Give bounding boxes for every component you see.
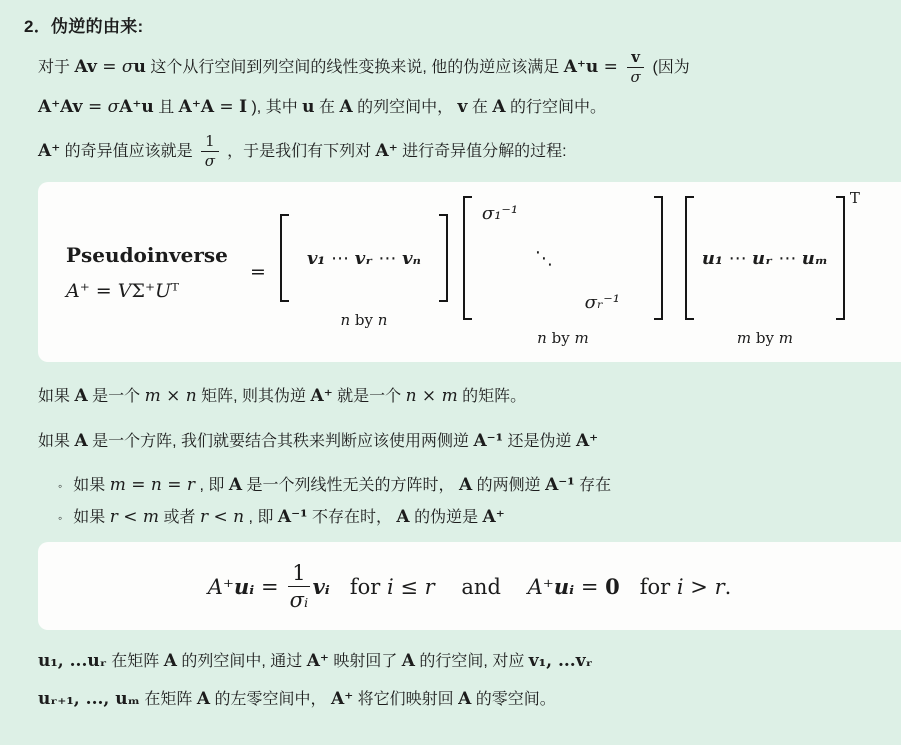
figure-formula: A⁺uᵢ = 1σᵢvᵢ for i ≤ r and A⁺uᵢ = 0 for … [208, 561, 732, 612]
text-segment: 如果 [38, 433, 74, 450]
text-segment: n [378, 311, 388, 329]
text-segment: A [229, 475, 242, 495]
text-segment: A⁺Av [38, 97, 83, 117]
text-segment: u [134, 57, 146, 77]
right-bracket [439, 214, 448, 302]
figure-heading: Pseudoinverse [66, 243, 244, 267]
text-segment: A [208, 575, 223, 599]
text-segment: i [677, 575, 684, 599]
bullet-two-sided-inverse: ◦ 如果 m = n = r , 即 A 是一个列线性无关的方阵时， A 的两侧… [58, 472, 885, 495]
text-segment: = [126, 475, 151, 495]
text-segment: by [350, 311, 378, 329]
text-segment: 在 [467, 99, 492, 116]
text-segment: 且 [154, 99, 179, 116]
text-segment: < [118, 507, 143, 527]
text-segment: 存在 [575, 477, 611, 494]
text-segment: Σ [132, 280, 145, 302]
text-segment: A⁺ [331, 689, 353, 709]
text-segment: vₙ [402, 248, 421, 269]
text-segment: and [435, 575, 528, 599]
text-segment: 映射回了 [329, 653, 402, 670]
text-segment: uᵣ [752, 248, 773, 269]
matrix-u: u₁ ⋯ uᵣ ⋯ uₘ [685, 196, 845, 320]
text-segment: uₘ [802, 248, 828, 269]
text-segment: A⁺ [576, 431, 598, 451]
fraction-one-over-sigma-i: 1σᵢ [288, 561, 309, 612]
text-run: (因为 [648, 59, 690, 76]
footer-line-column-space: u₁, ...uᵣ 在矩阵 A 的列空间中, 通过 A⁺ 映射回了 A 的行空间… [38, 647, 885, 675]
text-segment: × [417, 386, 442, 406]
bullet-marker: ◦ [58, 511, 62, 525]
text-run: u₁, ...uᵣ 在矩阵 A 的列空间中, 通过 A⁺ 映射回了 A 的行空间… [38, 653, 593, 670]
text-run: ，于是我们有下列对 A⁺ 进行奇异值分解的过程: [223, 143, 567, 160]
text-segment: m [143, 507, 159, 527]
text-segment: 对于 [38, 59, 74, 76]
text-segment: A⁻¹ [545, 475, 575, 495]
text-segment: 的列空间中, 通过 [177, 653, 307, 670]
text-segment: uᵣ₊₁, ..., uₘ [38, 689, 140, 709]
text-segment: , 即 [244, 509, 278, 526]
text-segment: 的奇异值应该就是 [60, 143, 197, 160]
sigma-1-inverse: σ₁⁻¹ [482, 203, 644, 224]
text-segment: 如果 [73, 477, 109, 494]
text-run: 如果 r < m 或者 r < n , 即 A⁻¹ 不存在时， A 的伪逆是 A… [73, 504, 504, 527]
figure-lhs-formula: A⁺ = VΣ⁺Uᵀ [66, 280, 244, 302]
text-segment: . [725, 575, 732, 599]
text-segment: A⁺ [38, 141, 60, 161]
text-segment: ⋯ [773, 248, 802, 269]
text-segment: n [340, 311, 350, 329]
text-segment: ，于是我们有下列对 [223, 143, 376, 160]
text-segment: r [425, 575, 435, 599]
text-run: uᵣ₊₁, ..., uₘ 在矩阵 A 的左零空间中， A⁺ 将它们映射回 A … [38, 691, 556, 708]
text-segment: = [162, 475, 187, 495]
pseudoinverse-action-figure: A⁺uᵢ = 1σᵢvᵢ for i ≤ r and A⁺uᵢ = 0 for … [38, 542, 901, 630]
text-segment: 还是伪逆 [503, 433, 576, 450]
figure-row: Pseudoinverse A⁺ = VΣ⁺Uᵀ = v₁ ⋯ vᵣ ⋯ vₙ … [38, 182, 901, 362]
left-bracket [685, 196, 694, 320]
fraction-denominator: σ [631, 68, 641, 86]
matrix-v-entries: v₁ ⋯ vᵣ ⋯ vₙ [289, 214, 439, 302]
paragraph-singular-value: A⁺ 的奇异值应该就是 1σ ，于是我们有下列对 A⁺ 进行奇异值分解的过程: [38, 133, 885, 171]
text-segment: m [442, 386, 458, 406]
text-segment: , 即 [195, 477, 229, 494]
bullet-marker: ◦ [58, 479, 62, 493]
text-segment: 的行空间, 对应 [415, 653, 529, 670]
text-segment: r [200, 507, 208, 527]
text-segment: < [208, 507, 233, 527]
text-segment: u [302, 97, 314, 117]
text-segment: ⁺ [145, 280, 155, 302]
text-segment: by [751, 329, 779, 347]
text-segment: 的列空间中， [353, 99, 458, 116]
right-bracket [654, 196, 663, 320]
text-segment: (因为 [648, 59, 690, 76]
text-segment: A [74, 386, 87, 406]
equals-sign: = [250, 261, 266, 283]
text-segment: r [110, 507, 118, 527]
text-segment: 或者 [159, 509, 200, 526]
matrix-sigma-block: σ₁⁻¹ ⋱ σᵣ⁻¹ n by m [463, 196, 663, 348]
text-segment: A⁺ [311, 386, 333, 406]
text-segment: 如果 [38, 388, 74, 405]
text-segment: A⁺ [307, 651, 329, 671]
text-segment: A [74, 431, 87, 451]
section-title: 2．伪逆的由来: [24, 12, 901, 37]
text-segment: for [620, 575, 677, 599]
text-segment: vᵢ [313, 574, 330, 599]
text-segment: 的矩阵。 [458, 388, 526, 405]
text-segment: v₁ [307, 248, 325, 269]
text-segment: m [574, 329, 588, 347]
text-segment: n [537, 329, 547, 347]
text-segment: ⋯ [325, 248, 354, 269]
text-run: A⁺Av = σA⁺u 且 A⁺A = I ), 其中 u 在 A 的列空间中，… [38, 99, 606, 116]
text-segment: A [164, 651, 177, 671]
paragraph-intro-line2: A⁺Av = σA⁺u 且 A⁺A = I ), 其中 u 在 A 的列空间中，… [38, 93, 885, 121]
text-segment: 进行奇异值分解的过程: [398, 143, 567, 160]
text-segment: A [528, 575, 543, 599]
fraction-numerator: 1 [288, 561, 309, 587]
text-segment: ⋯ [373, 248, 402, 269]
text-segment: n [186, 386, 197, 406]
fraction-v-over-sigma: vσ [627, 49, 644, 87]
text-segment: 是一个 [88, 388, 145, 405]
matrix-v-block: v₁ ⋯ vᵣ ⋯ vₙ n by n [280, 214, 448, 330]
text-segment: × [161, 386, 186, 406]
text-segment: = [254, 575, 285, 599]
text-segment: A [492, 97, 505, 117]
text-segment: = [90, 280, 118, 302]
pseudoinverse-svd-figure: Pseudoinverse A⁺ = VΣ⁺Uᵀ = v₁ ⋯ vᵣ ⋯ vₙ … [38, 182, 901, 362]
bullet-pseudoinverse-case: ◦ 如果 r < m 或者 r < n , 即 A⁻¹ 不存在时， A 的伪逆是… [58, 504, 885, 527]
text-segment: uᵢ [234, 574, 254, 599]
text-segment: A⁻¹ [278, 507, 308, 527]
text-run: 如果 A 是一个 m × n 矩阵, 则其伪逆 A⁺ 就是一个 n × m 的矩… [38, 388, 526, 405]
text-segment: uᵢ [554, 574, 574, 599]
text-segment: ), 其中 [247, 99, 302, 116]
text-segment: A [66, 280, 80, 302]
text-segment: v₁, ...vᵣ [529, 651, 593, 671]
text-segment: by [547, 329, 575, 347]
text-segment: ≤ [394, 575, 425, 599]
paragraph-intro-line1: 对于 Av = σu 这个从行空间到列空间的线性变换来说, 他的伪逆应该满足 A… [38, 49, 885, 87]
matrix-v-size-label: n by n [340, 311, 387, 330]
text-segment: σ [108, 97, 120, 117]
fraction-numerator: 1 [201, 133, 219, 152]
text-segment: 在矩阵 [107, 653, 164, 670]
text-segment: i [387, 575, 394, 599]
sigma-r-inverse: σᵣ⁻¹ [482, 292, 644, 313]
text-segment: m [779, 329, 793, 347]
fraction-numerator: v [627, 49, 644, 68]
matrix-sigma-entries: σ₁⁻¹ ⋱ σᵣ⁻¹ [472, 196, 654, 320]
text-segment: A⁺ [376, 141, 398, 161]
text-segment: m [145, 386, 161, 406]
text-segment: A⁺A [179, 97, 214, 117]
text-segment: 0 [605, 574, 620, 599]
line-square-matrix: 如果 A 是一个方阵, 我们就要结合其秩来判断应该使用两侧逆 A⁻¹ 还是伪逆 … [38, 427, 885, 455]
text-segment: = [83, 97, 108, 117]
text-run: vᵢ for i ≤ r and A⁺uᵢ = 0 for i > r. [313, 574, 732, 599]
text-segment: m [110, 475, 126, 495]
footer-line-left-null-space: uᵣ₊₁, ..., uₘ 在矩阵 A 的左零空间中， A⁺ 将它们映射回 A … [38, 685, 885, 713]
matrix-u-wrapper: u₁ ⋯ uᵣ ⋯ uₘ T [685, 196, 845, 320]
text-run: A⁺uᵢ = [208, 574, 286, 599]
text-segment: 将它们映射回 [353, 691, 458, 708]
left-bracket [280, 214, 289, 302]
text-segment: A [197, 689, 210, 709]
text-segment: A [396, 507, 409, 527]
matrix-sigma-size-label: n by m [537, 329, 589, 348]
transpose-superscript: T [850, 189, 860, 207]
text-segment: 的伪逆是 [410, 509, 483, 526]
notes-page: 2．伪逆的由来: 对于 Av = σu 这个从行空间到列空间的线性变换来说, 他… [0, 12, 901, 713]
fraction-denominator: σᵢ [290, 587, 309, 612]
text-segment: 的行空间中。 [506, 99, 606, 116]
matrix-u-size-label: m by m [737, 329, 793, 348]
text-segment: 是一个方阵, 我们就要结合其秩来判断应该使用两侧逆 [88, 433, 474, 450]
text-segment: u₁ [702, 248, 723, 269]
text-segment: = [214, 97, 239, 117]
text-segment: U [155, 280, 171, 302]
text-segment: Av [74, 57, 96, 77]
text-segment: ⁺ [543, 575, 554, 599]
text-segment: V [118, 280, 132, 302]
text-segment: A⁺ [483, 507, 505, 527]
text-segment: n [233, 507, 244, 527]
text-segment: = [574, 575, 605, 599]
text-segment: v [458, 97, 468, 117]
text-segment: u₁, ...uᵣ [38, 651, 107, 671]
text-segment: 不存在时， [308, 509, 397, 526]
text-segment: ⁺ [223, 575, 234, 599]
text-segment: > [684, 575, 715, 599]
text-segment: I [239, 97, 247, 117]
text-segment: r [715, 575, 725, 599]
matrix-u-block: u₁ ⋯ uᵣ ⋯ uₘ T m by m [685, 196, 845, 348]
text-segment: A [402, 651, 415, 671]
figure-left-block: Pseudoinverse A⁺ = VΣ⁺Uᵀ [66, 243, 244, 302]
fraction-denominator: σ [205, 152, 215, 170]
text-segment: ⋯ [723, 248, 752, 269]
diagonal-dots: ⋱ [482, 248, 644, 269]
text-segment: ⁺ [80, 280, 90, 302]
text-segment: 在 [315, 99, 340, 116]
text-segment: = [598, 57, 623, 77]
text-segment: 矩阵, 则其伪逆 [197, 388, 311, 405]
matrix-v: v₁ ⋯ vᵣ ⋯ vₙ [280, 214, 448, 302]
right-bracket [836, 196, 845, 320]
text-segment: σ [122, 57, 134, 77]
text-run: A⁺ 的奇异值应该就是 [38, 143, 197, 160]
text-segment: 这个从行空间到列空间的线性变换来说, 他的伪逆应该满足 [146, 59, 564, 76]
text-segment: 是一个列线性无关的方阵时， [242, 477, 459, 494]
text-segment: A [339, 97, 352, 117]
text-segment: ᵀ [171, 280, 179, 302]
text-segment: vᵣ [355, 248, 373, 269]
text-run: 对于 Av = σu 这个从行空间到列空间的线性变换来说, 他的伪逆应该满足 A… [38, 59, 623, 76]
text-segment: A⁺u [119, 97, 154, 117]
left-bracket [463, 196, 472, 320]
text-segment: 的左零空间中， [210, 691, 331, 708]
text-segment: r [187, 475, 195, 495]
text-segment: 如果 [73, 509, 109, 526]
text-run: 如果 A 是一个方阵, 我们就要结合其秩来判断应该使用两侧逆 A⁻¹ 还是伪逆 … [38, 433, 598, 450]
text-segment: n [151, 475, 162, 495]
fraction-one-over-sigma: 1σ [201, 133, 219, 171]
text-segment: A [459, 475, 472, 495]
text-segment: n [406, 386, 417, 406]
text-run: 如果 m = n = r , 即 A 是一个列线性无关的方阵时， A 的两侧逆 … [73, 472, 611, 495]
line-mn-matrix: 如果 A 是一个 m × n 矩阵, 则其伪逆 A⁺ 就是一个 n × m 的矩… [38, 382, 885, 410]
text-segment: 的两侧逆 [472, 477, 545, 494]
matrix-u-entries: u₁ ⋯ uᵣ ⋯ uₘ [694, 196, 836, 320]
text-segment: A⁺u [564, 57, 599, 77]
text-segment: 在矩阵 [140, 691, 197, 708]
text-segment: 就是一个 [333, 388, 406, 405]
text-segment: = [97, 57, 122, 77]
matrix-sigma: σ₁⁻¹ ⋱ σᵣ⁻¹ [463, 196, 663, 320]
text-segment: A [458, 689, 471, 709]
text-segment: 的零空间。 [471, 691, 555, 708]
text-segment: for [330, 575, 387, 599]
text-segment: m [737, 329, 751, 347]
text-segment: A⁻¹ [473, 431, 503, 451]
